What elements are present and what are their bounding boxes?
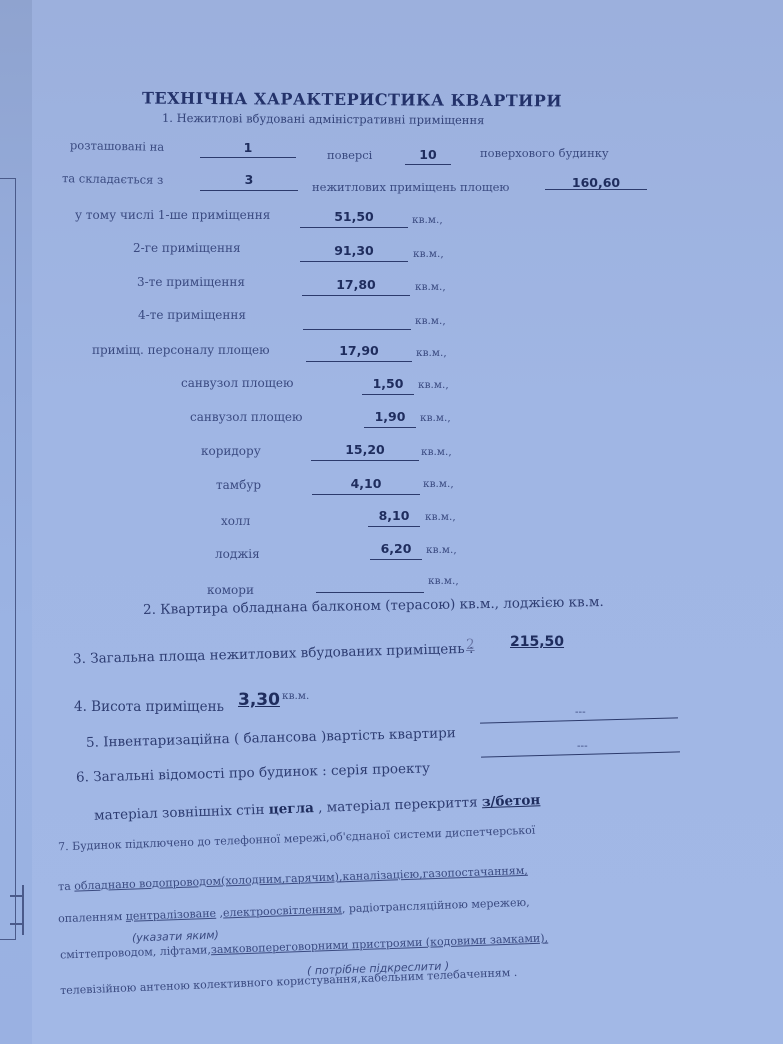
field-underline	[200, 157, 296, 158]
room-area-label: 4-те приміщення	[138, 308, 246, 322]
floor-value: 1	[200, 140, 296, 155]
area-unit: кв.м.,	[418, 379, 449, 391]
room-area-value: 17,90	[306, 343, 412, 358]
section-6-value: ---	[577, 740, 588, 752]
field-underline	[370, 559, 422, 560]
room-area-value: 15,20	[311, 442, 419, 457]
floor-mid-label: поверсі	[327, 148, 372, 162]
height-value: 3,30	[238, 690, 280, 710]
area-unit: кв.м.,	[423, 478, 454, 490]
field-underline	[545, 189, 647, 190]
field-underline	[300, 227, 408, 228]
field-underline	[306, 361, 412, 362]
area-unit: кв.м.,	[412, 214, 443, 226]
field-underline	[405, 164, 451, 165]
rooms-area-value: 160,60	[545, 175, 647, 190]
field-underline	[312, 494, 420, 495]
room-area-label: санвузол площею	[190, 410, 302, 424]
background-binder-mark	[10, 923, 22, 925]
rooms-mid-label: нежитлових приміщень площею	[312, 180, 509, 194]
area-unit: кв.м.,	[425, 511, 456, 523]
total-area-value: 215,50	[510, 634, 564, 650]
section-4-label: 4. Висота приміщень	[74, 699, 224, 715]
background-binder-mark	[22, 885, 24, 935]
height-unit: кв.м.	[282, 690, 309, 702]
field-underline	[311, 460, 419, 461]
room-area-value: 17,80	[302, 277, 410, 292]
area-unit: кв.м.,	[428, 575, 459, 587]
background-folder-frame	[0, 178, 16, 940]
section-1-heading: 1. Нежитлові вбудовані адміністративні п…	[162, 111, 485, 127]
field-underline	[300, 261, 408, 262]
area-unit: кв.м.,	[415, 281, 446, 293]
room-area-label: лоджія	[215, 547, 260, 561]
field-underline	[316, 592, 424, 593]
section-3-mark: 2	[466, 637, 475, 653]
field-underline	[302, 295, 410, 296]
total-floors-value: 10	[405, 147, 451, 162]
room-area-label: 2-ге приміщення	[133, 241, 241, 255]
field-underline	[200, 190, 298, 191]
background-binder-mark	[10, 895, 22, 897]
field-underline	[368, 526, 420, 527]
room-area-label: комори	[207, 583, 254, 597]
page-title: ТЕХНІЧНА ХАРАКТЕРИСТИКА КВАРТИРИ	[142, 89, 562, 111]
field-underline	[364, 427, 416, 428]
room-area-value: 91,30	[300, 243, 408, 258]
room-area-label: у тому числі 1-ше приміщення	[75, 208, 270, 222]
field-underline	[303, 329, 411, 330]
room-area-value: 1,50	[362, 376, 414, 391]
rooms-label: та складається з	[62, 171, 164, 187]
area-unit: кв.м.,	[413, 248, 444, 260]
floor-material-value: з/бетон	[482, 792, 541, 810]
room-area-label: приміщ. персоналу площею	[92, 343, 270, 357]
room-area-value: 4,10	[312, 476, 420, 491]
room-area-value: 6,20	[370, 541, 422, 556]
room-area-label: коридору	[201, 444, 261, 458]
room-area-label: тамбур	[216, 478, 261, 492]
field-underline	[362, 394, 414, 395]
room-area-value: 8,10	[368, 508, 420, 523]
room-area-value: 1,90	[364, 409, 416, 424]
floor-label: розташовані на	[70, 138, 164, 154]
floor-after-label: поверхового будинку	[480, 146, 609, 160]
area-unit: кв.м.,	[426, 544, 457, 556]
room-area-label: 3-те приміщення	[137, 275, 245, 289]
room-area-label: санвузол площею	[181, 376, 293, 390]
area-unit: кв.м.,	[420, 412, 451, 424]
room-area-value: 51,50	[300, 209, 408, 224]
section-5-value: ---	[575, 706, 586, 718]
area-unit: кв.м.,	[421, 446, 452, 458]
area-unit: кв.м.,	[416, 347, 447, 359]
area-unit: кв.м.,	[415, 315, 446, 327]
walls-value: цегла	[268, 800, 314, 818]
room-area-label: холл	[221, 514, 250, 528]
rooms-count-value: 3	[200, 172, 298, 187]
